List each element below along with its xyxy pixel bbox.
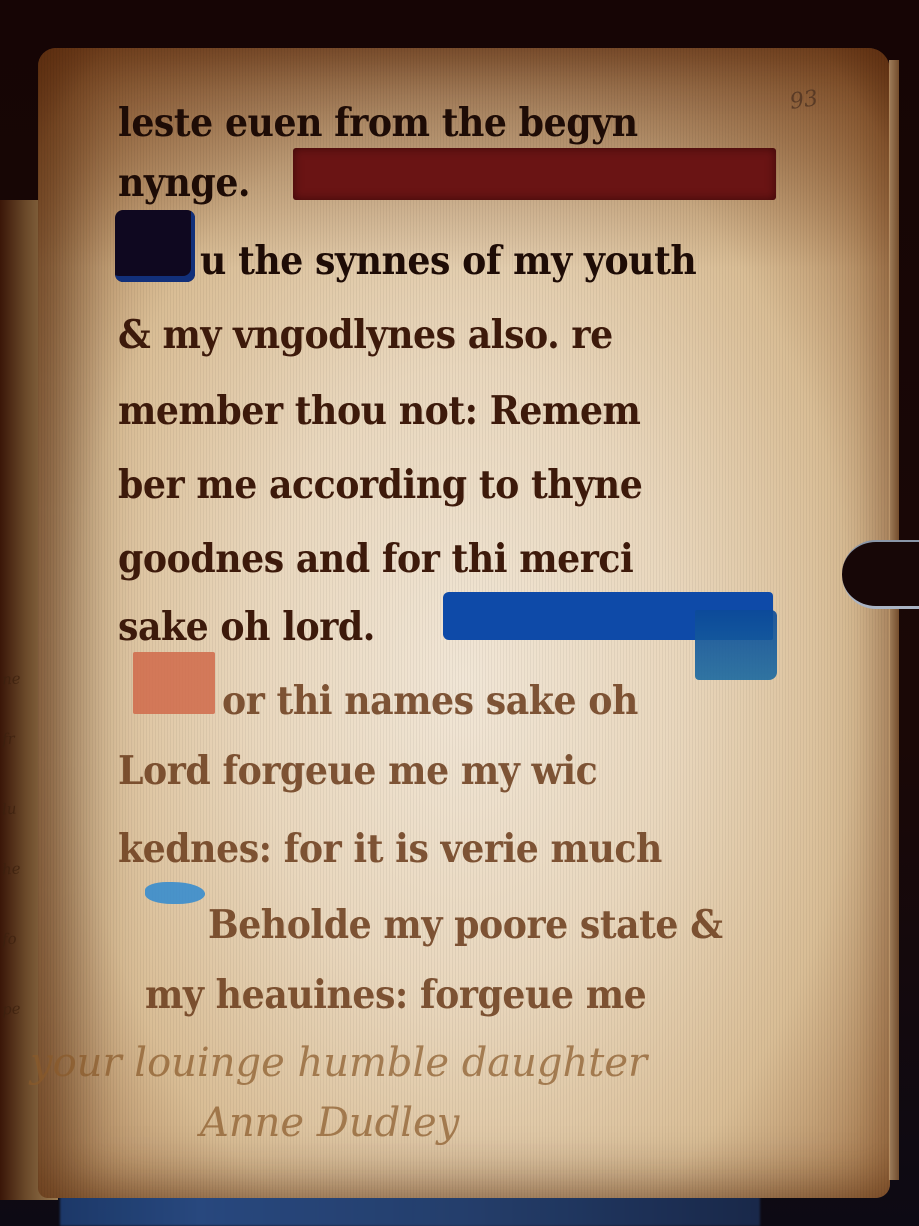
inscription-signature: Anne Dudley — [200, 1100, 459, 1146]
text-line-9: or thi names sake oh — [222, 678, 638, 724]
text-line-8: sake oh lord. — [118, 604, 375, 650]
text-line-3: u the synnes of my youth — [200, 238, 696, 284]
folio-number: 93 — [788, 86, 819, 115]
text-line-6: ber me according to thyne — [118, 462, 642, 508]
text-line-2: nynge. — [118, 160, 250, 206]
blue-rubric-tail — [695, 610, 777, 680]
text-line-10: Lord forgeue me my wic — [118, 748, 597, 794]
margin-fragment: ne — [1, 669, 21, 688]
text-line-1: leste euen from the begyn — [118, 100, 638, 146]
text-line-12: Beholde my poore state & — [208, 902, 722, 948]
book-clasp — [842, 540, 919, 609]
text-line-7: goodnes and for thi merci — [118, 536, 633, 582]
text-line-13: my heauines: forgeue me — [145, 972, 646, 1018]
inscription-line-1: your louinge humble daughter — [30, 1040, 647, 1086]
margin-fragment: pe — [1, 999, 21, 1018]
margin-fragment: lu — [1, 800, 17, 819]
blue-paraph-mark — [145, 882, 205, 904]
text-line-4: & my vngodlynes also. re — [118, 312, 613, 358]
text-line-5: member thou not: Remem — [118, 388, 640, 434]
red-initial-box — [133, 652, 215, 714]
blue-initial-box — [115, 210, 195, 282]
page-fore-edge — [889, 60, 899, 1180]
margin-fragment: fr — [1, 730, 15, 749]
margin-fragment: fo — [1, 930, 17, 949]
text-line-11: kednes: for it is verie much — [118, 826, 662, 872]
red-rubric-line-filler — [293, 148, 776, 200]
margin-fragment: he — [1, 859, 21, 878]
